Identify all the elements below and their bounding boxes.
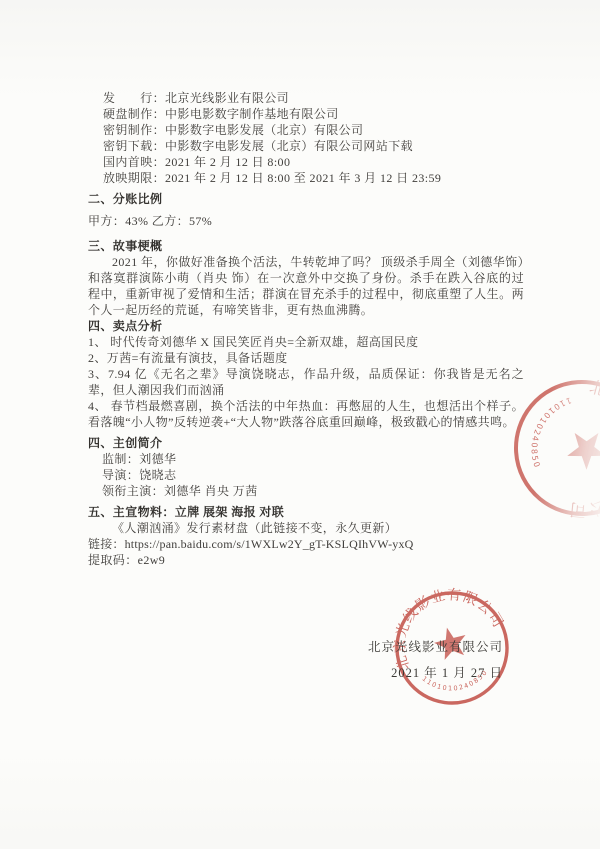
section-heading-materials: 五、主宣物料：立牌 展架 海报 对联 xyxy=(88,504,524,520)
signature-block: 北京光线影业有限公司 2021 年 1 月 27 日 xyxy=(368,634,503,686)
svg-text:北京光线影业有限公司: 北京光线影业有限公司 xyxy=(549,376,600,533)
section-heading-selling-points: 四、卖点分析 xyxy=(88,318,524,334)
crew-item: 监制：刘德华 xyxy=(102,451,524,467)
signature-company: 北京光线影业有限公司 xyxy=(368,634,503,660)
star-icon xyxy=(565,426,600,474)
info-value: 2021 年 2 月 12 日 8:00 至 2021 年 3 月 12 日 2… xyxy=(165,171,441,185)
info-value: 北京光线影业有限公司 xyxy=(165,91,289,105)
signature-date: 2021 年 1 月 27 日 xyxy=(368,660,503,686)
selling-point-item: 4、 春节档最燃喜剧，换个活法的中年热血：再憋屈的人生，也想活出个样子。看落魄“… xyxy=(88,398,524,430)
section-heading-synopsis: 三、故事梗概 xyxy=(88,238,524,254)
code-label: 提取码： xyxy=(88,553,138,567)
info-row: 发 行：北京光线影业有限公司 xyxy=(103,90,524,106)
info-row: 国内首映：2021 年 2 月 12 日 8:00 xyxy=(103,154,524,170)
extraction-code-value: e2w9 xyxy=(138,553,166,567)
selling-point-item: 1、 时代传奇刘德华 X 国民笑匠肖央=全新双雄，超高国民度 xyxy=(88,334,524,350)
info-label: 密钥下载： xyxy=(103,138,165,154)
info-row: 密钥制作：中影数字电影发展（北京）有限公司 xyxy=(103,122,524,138)
link-label: 链接： xyxy=(88,537,125,551)
crew-item: 领衔主演：刘德华 肖央 万茜 xyxy=(102,483,524,499)
selling-point-item: 2、万茜=有流量有演技，具备话题度 xyxy=(88,350,524,366)
materials-subtitle: 《人潮汹涌》发行素材盘（此链接不变，永久更新） xyxy=(112,520,524,536)
svg-text:1101010240850: 1101010240850 xyxy=(521,388,575,475)
info-row: 硬盘制作：中影电影数字制作基地有限公司 xyxy=(103,106,524,122)
synopsis-paragraph: 2021 年，你做好准备换个活法，牛转乾坤了吗？ 顶级杀手周全（刘德华饰）和落寞… xyxy=(88,254,524,318)
info-value: 中影数字电影发展（北京）有限公司网站下载 xyxy=(165,139,413,153)
crew-list: 监制：刘德华 导演：饶晓志 领衔主演：刘德华 肖央 万茜 xyxy=(102,451,524,499)
ratio-body: 甲方：43% 乙方：57% xyxy=(88,213,524,229)
info-row: 放映期限：2021 年 2 月 12 日 8:00 至 2021 年 3 月 1… xyxy=(103,170,524,186)
info-value: 2021 年 2 月 12 日 8:00 xyxy=(165,155,290,169)
document-page: 发 行：北京光线影业有限公司 硬盘制作：中影电影数字制作基地有限公司 密钥制作：… xyxy=(0,0,600,849)
selling-point-item: 3、7.94 亿《无名之辈》导演饶晓志，作品升级，品质保证：你我皆是无名之辈，但… xyxy=(88,366,524,398)
section-heading-ratio: 二、分账比例 xyxy=(88,191,524,207)
section-heading-crew: 四、主创简介 xyxy=(88,435,524,451)
distribution-info-block: 发 行：北京光线影业有限公司 硬盘制作：中影电影数字制作基地有限公司 密钥制作：… xyxy=(103,90,524,186)
info-value: 中影数字电影发展（北京）有限公司 xyxy=(165,123,363,137)
seal-company-text: 北京光线影业有限公司 xyxy=(549,376,600,533)
baidu-pan-link: https://pan.baidu.com/s/1WXLw2Y_gT-KSLQI… xyxy=(125,537,414,551)
crew-item: 导演：饶晓志 xyxy=(102,467,524,483)
info-label: 国内首映： xyxy=(103,154,165,170)
info-label: 密钥制作： xyxy=(103,122,165,138)
extraction-code-line: 提取码：e2w9 xyxy=(88,552,524,568)
info-value: 中影电影数字制作基地有限公司 xyxy=(165,107,339,121)
info-label: 硬盘制作： xyxy=(103,106,165,122)
info-label: 发 行： xyxy=(103,90,165,106)
document-body: 发 行：北京光线影业有限公司 硬盘制作：中影电影数字制作基地有限公司 密钥制作：… xyxy=(88,90,524,568)
info-row: 密钥下载：中影数字电影发展（北京）有限公司网站下载 xyxy=(103,138,524,154)
seal-number-text: 1101010240850 xyxy=(521,388,575,475)
link-line: 链接：https://pan.baidu.com/s/1WXLw2Y_gT-KS… xyxy=(88,536,524,552)
info-label: 放映期限： xyxy=(103,170,165,186)
